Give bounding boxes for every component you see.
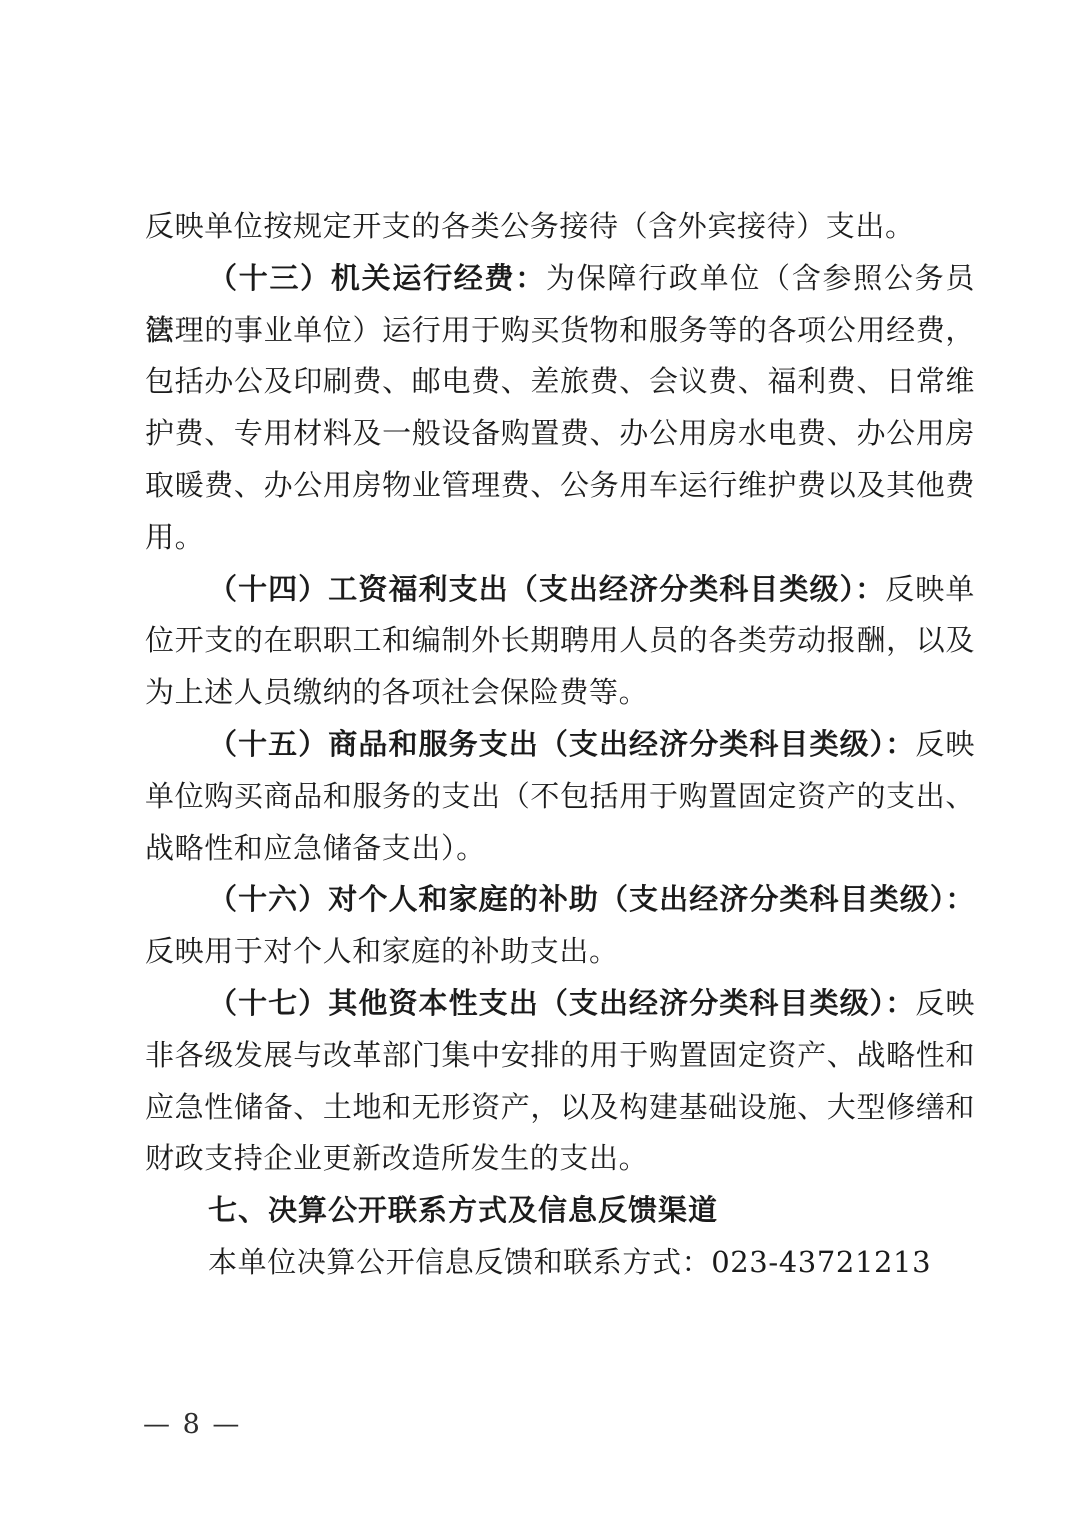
body-text: 反映 bbox=[915, 727, 975, 761]
document-page: 反映单位按规定开支的各类公务接待（含外宾接待）支出。（十三）机关运行经费：为保障… bbox=[0, 0, 1075, 1520]
body-text: 战略性和应急储备支出）。 bbox=[145, 831, 486, 865]
body-text: 单位购买商品和服务的支出（不包括用于购置固定资产的支出、 bbox=[145, 779, 975, 813]
term-lead-text: （十六）对个人和家庭的补助（支出经济分类科目类级）： bbox=[208, 882, 975, 916]
body-text: 反映单 bbox=[885, 572, 975, 606]
term-lead-text: （十五）商品和服务支出（支出经济分类科目类级）： bbox=[208, 727, 915, 761]
text-line: 护费、专用材料及一般设备购置费、办公用房水电费、办公用房 bbox=[145, 408, 975, 460]
body-text: 反映 bbox=[915, 986, 975, 1020]
body-text: 位开支的在职职工和编制外长期聘用人员的各类劳动报酬，以及 bbox=[145, 623, 975, 657]
text-line: 反映单位按规定开支的各类公务接待（含外宾接待）支出。 bbox=[145, 201, 975, 253]
section-heading-text: 七、决算公开联系方式及信息反馈渠道 bbox=[208, 1193, 718, 1227]
term-lead-text: （十七）其他资本性支出（支出经济分类科目类级）： bbox=[208, 986, 915, 1020]
body-text: 应急性储备、土地和无形资产，以及构建基础设施、大型修缮和 bbox=[145, 1090, 975, 1124]
text-line: 为上述人员缴纳的各项社会保险费等。 bbox=[145, 667, 975, 719]
text-line: （十六）对个人和家庭的补助（支出经济分类科目类级）： bbox=[145, 874, 975, 926]
term-lead-text: （十三）机关运行经费： bbox=[208, 261, 546, 295]
text-line: 包括办公及印刷费、邮电费、差旅费、会议费、福利费、日常维 bbox=[145, 356, 975, 408]
body-text: 取暖费、办公用房物业管理费、公务用车运行维护费以及其他费 bbox=[145, 468, 975, 502]
text-line: 财政支持企业更新改造所发生的支出。 bbox=[145, 1133, 975, 1185]
page-number: — 8 — bbox=[143, 1406, 241, 1444]
text-block: 反映单位按规定开支的各类公务接待（含外宾接待）支出。（十三）机关运行经费：为保障… bbox=[145, 201, 975, 1289]
body-text: 反映单位按规定开支的各类公务接待（含外宾接待）支出。 bbox=[145, 209, 915, 243]
body-text: 财政支持企业更新改造所发生的支出。 bbox=[145, 1141, 648, 1175]
text-line: （十四）工资福利支出（支出经济分类科目类级）：反映单 bbox=[145, 564, 975, 616]
section-heading-line: 七、决算公开联系方式及信息反馈渠道 bbox=[145, 1185, 975, 1237]
body-text: 包括办公及印刷费、邮电费、差旅费、会议费、福利费、日常维 bbox=[145, 364, 975, 398]
term-lead-text: （十四）工资福利支出（支出经济分类科目类级）： bbox=[208, 572, 885, 606]
text-line: 位开支的在职职工和编制外长期聘用人员的各类劳动报酬，以及 bbox=[145, 615, 975, 667]
body-text: 用。 bbox=[145, 520, 204, 554]
text-line: （十五）商品和服务支出（支出经济分类科目类级）：反映 bbox=[145, 719, 975, 771]
text-line: 非各级发展与改革部门集中安排的用于购置固定资产、战略性和 bbox=[145, 1030, 975, 1082]
text-line: （十三）机关运行经费：为保障行政单位（含参照公务员法 bbox=[145, 253, 975, 305]
text-line: 战略性和应急储备支出）。 bbox=[145, 823, 975, 875]
text-line: 本单位决算公开信息反馈和联系方式：023-43721213 bbox=[145, 1237, 975, 1289]
body-text: 管理的事业单位）运行用于购买货物和服务等的各项公用经费， bbox=[145, 313, 975, 347]
body-text: 为上述人员缴纳的各项社会保险费等。 bbox=[145, 675, 648, 709]
body-text: 护费、专用材料及一般设备购置费、办公用房水电费、办公用房 bbox=[145, 416, 975, 450]
text-line: 用。 bbox=[145, 512, 975, 564]
body-text: 本单位决算公开信息反馈和联系方式：023-43721213 bbox=[208, 1245, 931, 1279]
text-line: （十七）其他资本性支出（支出经济分类科目类级）：反映 bbox=[145, 978, 975, 1030]
body-text: 反映用于对个人和家庭的补助支出。 bbox=[145, 934, 619, 968]
body-text: 非各级发展与改革部门集中安排的用于购置固定资产、战略性和 bbox=[145, 1038, 975, 1072]
text-line: 反映用于对个人和家庭的补助支出。 bbox=[145, 926, 975, 978]
text-line: 管理的事业单位）运行用于购买货物和服务等的各项公用经费， bbox=[145, 305, 975, 357]
text-line: 应急性储备、土地和无形资产，以及构建基础设施、大型修缮和 bbox=[145, 1082, 975, 1134]
text-line: 单位购买商品和服务的支出（不包括用于购置固定资产的支出、 bbox=[145, 771, 975, 823]
text-line: 取暖费、办公用房物业管理费、公务用车运行维护费以及其他费 bbox=[145, 460, 975, 512]
